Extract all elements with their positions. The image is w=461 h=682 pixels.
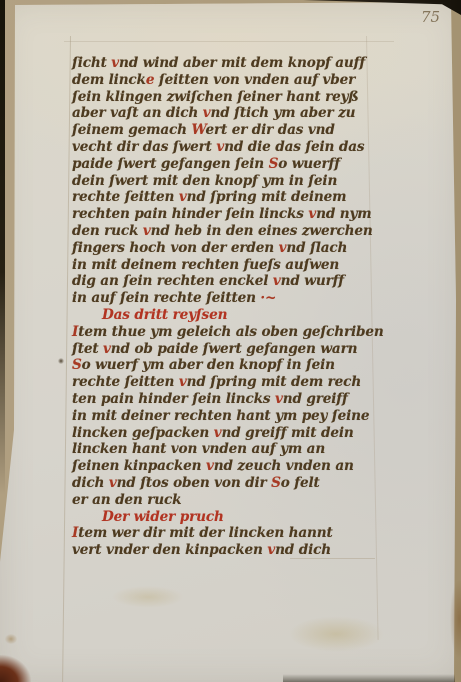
text-block: ſicht vnd wind aber mit dem knopf auffde… [72, 55, 407, 559]
rubric-heading: Der wider pruch [72, 509, 407, 526]
ink-speck-left-margin [58, 358, 64, 364]
text-line: dein ſwert mit den knopf ym in ſein [72, 173, 407, 190]
text-line: ſein klingen zwiſchen ſeiner hant reyß [72, 89, 407, 106]
manuscript-page: 75 ſicht vnd wind aber mit dem knopf auf… [0, 0, 461, 682]
text-line: in auf ſein rechte ſeitten ·~ [72, 290, 407, 307]
stain-bottom-center [112, 586, 184, 608]
text-line: fingers hoch von der erden vnd ſlach [72, 240, 407, 257]
ruling-line-top [64, 41, 394, 42]
text-line: rechte ſeitten vnd ſpring mit dem rech [72, 374, 407, 391]
text-line: ſtet vnd ob paide ſwert gefangen warn [72, 341, 407, 358]
photo-backdrop-left-edge [0, 0, 5, 495]
page-edge-shadow [283, 674, 455, 682]
text-line: So wuerf ym aber den knopf in ſein [72, 357, 407, 374]
text-line: paide ſwert gefangen ſein So wuerff [72, 156, 407, 173]
edge-smudge-right [450, 580, 461, 658]
text-line: rechten pain hinder ſein lincks vnd nym [72, 206, 407, 223]
text-line: aber vaſt an dich vnd ſtich ym aber zu [72, 105, 407, 122]
text-line: dig an ſein rechten enckel vnd wurff [72, 273, 407, 290]
folio-number: 75 [421, 8, 440, 26]
text-line: in mit deiner rechten hant ym pey ſeine [72, 408, 407, 425]
text-line: Item thue ym geleich als oben geſchriben [72, 324, 407, 341]
manuscript-photo: 75 ſicht vnd wind aber mit dem knopf auf… [0, 0, 461, 682]
text-line: ten pain hinder ſein lincks vnd greiff [72, 391, 407, 408]
text-line: rechte ſeitten vnd ſpring mit deinem [72, 189, 407, 206]
text-line: ſicht vnd wind aber mit dem knopf auff [72, 55, 407, 72]
text-line: er an den ruck [72, 492, 407, 509]
text-line: ſeinen kinpacken vnd zeuch vnden an [72, 458, 407, 475]
text-line: ſeinem gemach Wert er dir das vnd [72, 122, 407, 139]
binding-mark-bottom-left [0, 655, 31, 682]
text-line: lincken hant von vnden auf ym an [72, 441, 407, 458]
text-line: dem lincke ſeitten von vnden auf vber [72, 72, 407, 89]
text-line: den ruck vnd heb in den eines zwerchen [72, 223, 407, 240]
text-line: lincken geſpacken vnd greiff mit dein [72, 425, 407, 442]
stain-bottom-right [288, 616, 384, 652]
text-line: vert vnder den kinpacken vnd dich [72, 542, 407, 559]
text-line: Item wer dir mit der lincken hannt [72, 525, 407, 542]
text-line: in mit deinem rechten fueſs auſwen [72, 257, 407, 274]
text-line: dich vnd ſtos oben von dir So felt [72, 475, 407, 492]
rubric-heading: Das dritt reyſsen [72, 307, 407, 324]
text-line: vecht dir das ſwert vnd die das ſein das [72, 139, 407, 156]
stain-bottom-left [5, 634, 17, 644]
